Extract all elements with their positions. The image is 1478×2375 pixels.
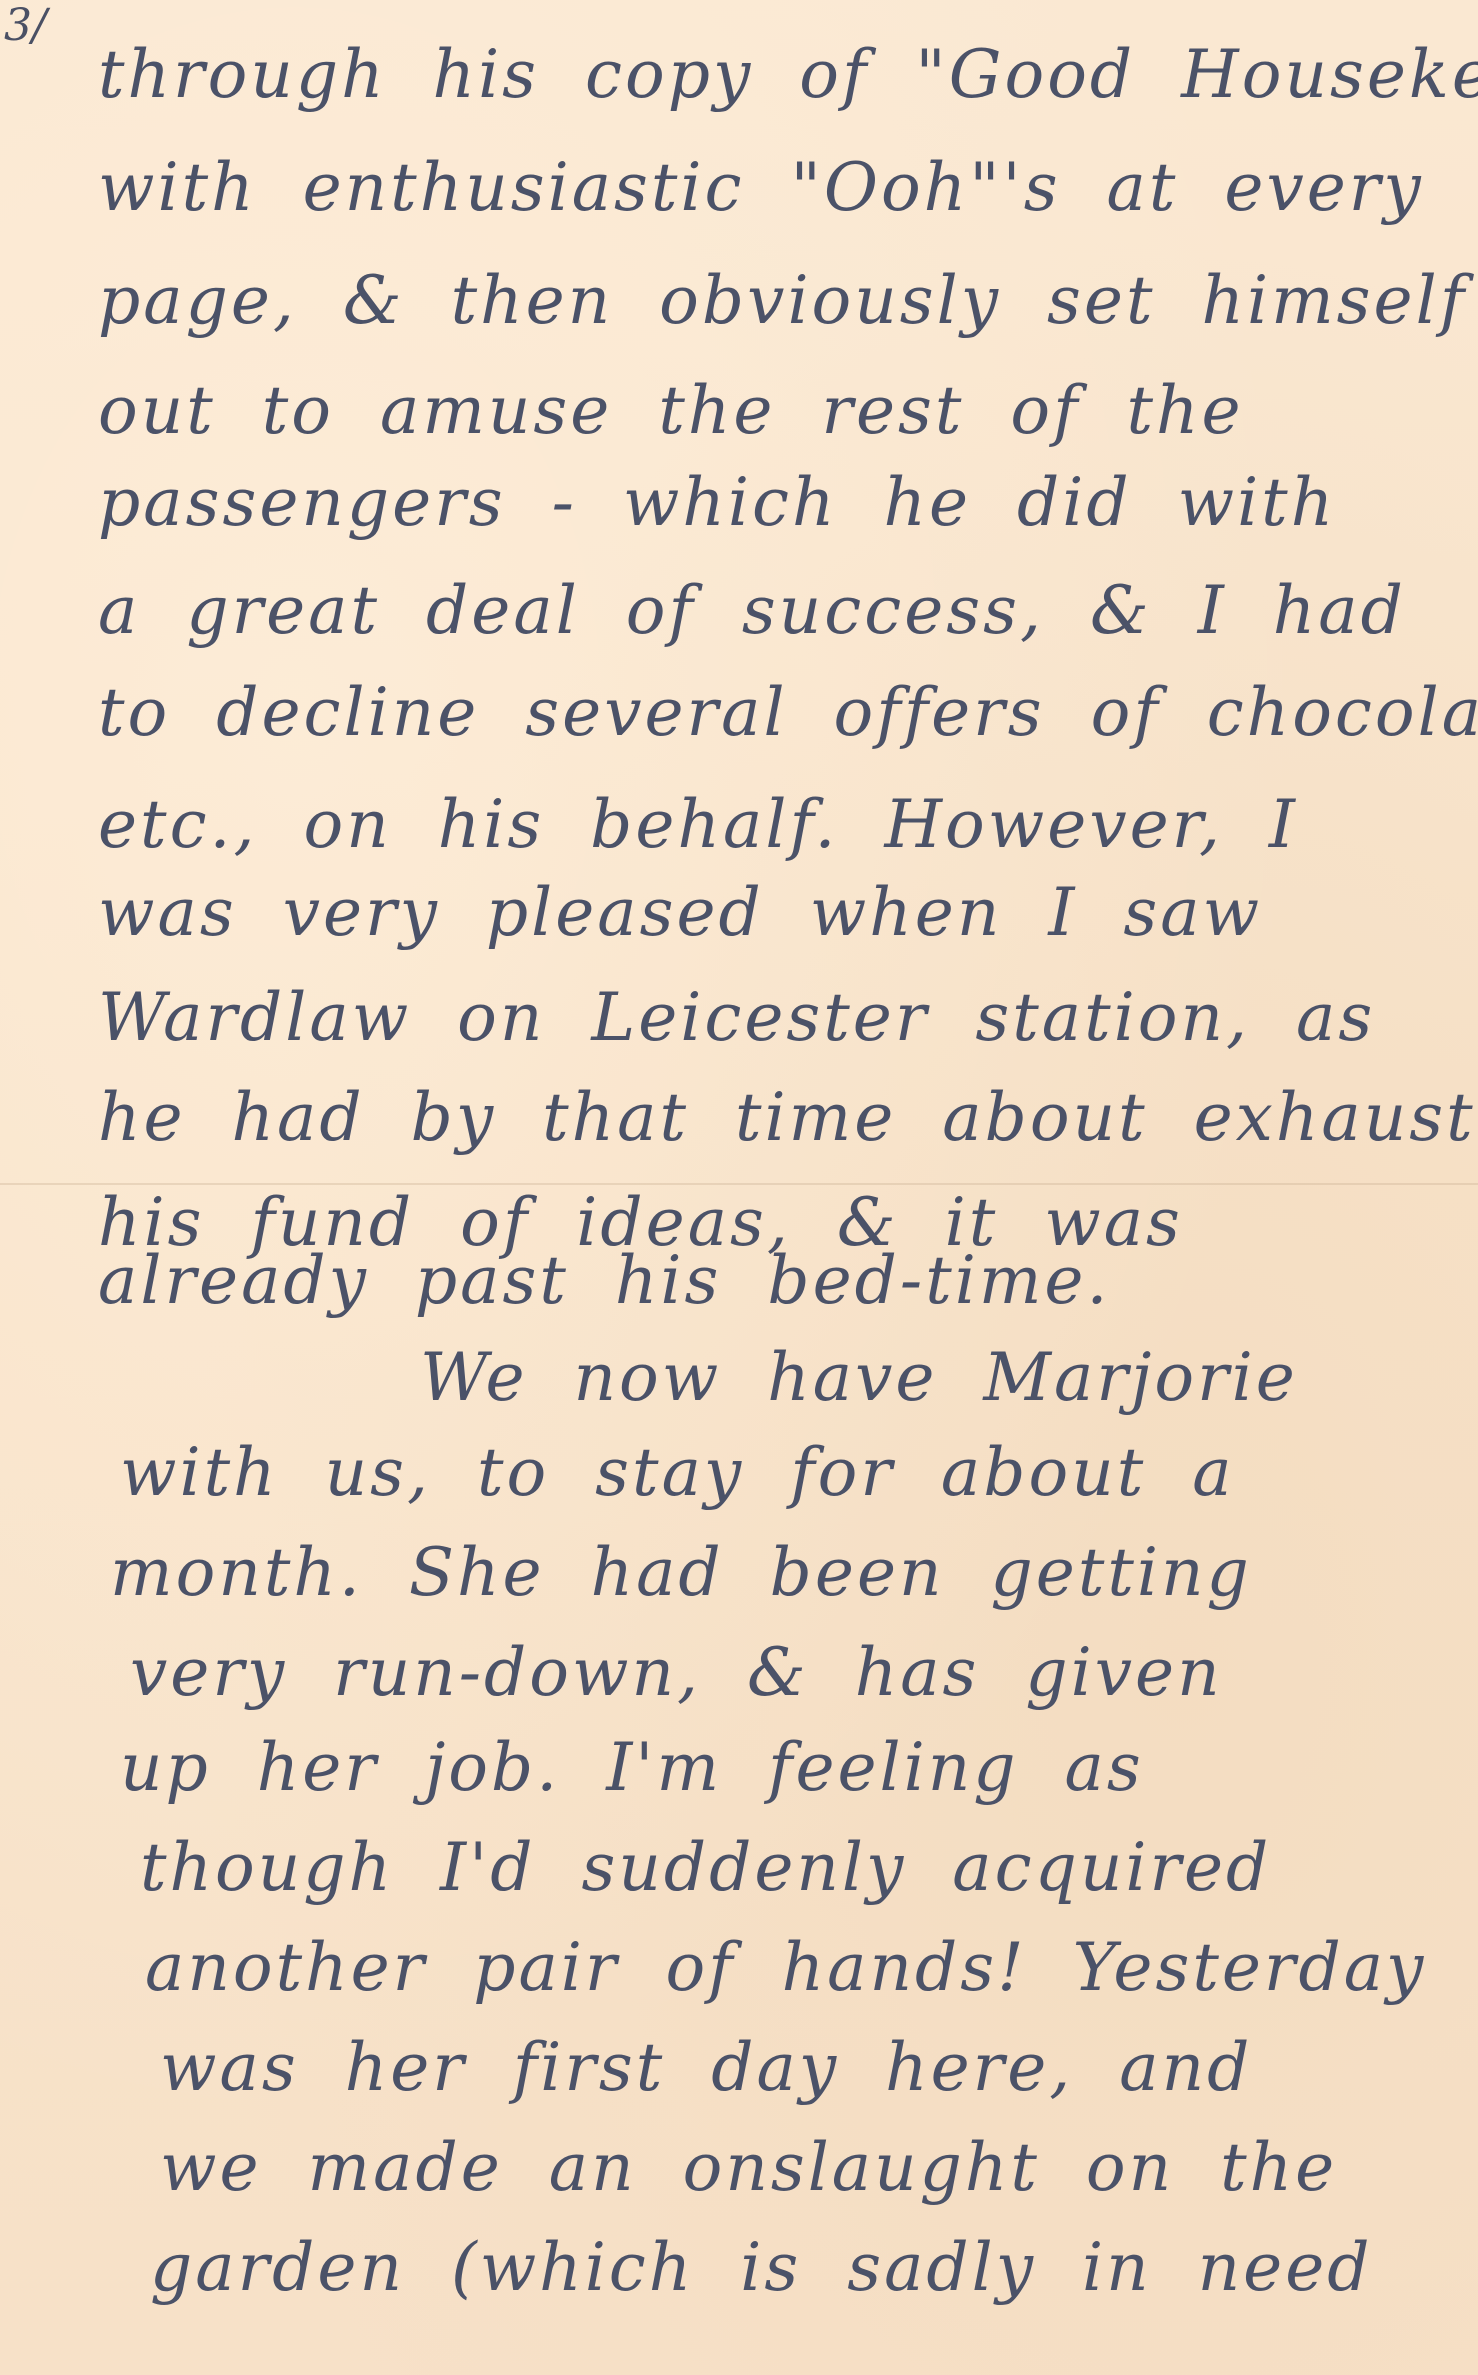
handwritten-line: We now have Marjorie bbox=[420, 1345, 1478, 1411]
handwritten-line: garden (which is sadly in need bbox=[150, 2235, 1478, 2301]
handwritten-line: through his copy of "Good Housekeeping", bbox=[98, 42, 1478, 108]
page-number: 3/ bbox=[4, 0, 47, 51]
handwritten-line: already past his bed-time. bbox=[98, 1248, 1478, 1314]
handwritten-line: Wardlaw on Leicester station, as bbox=[98, 985, 1478, 1051]
handwritten-line: to decline several offers of chocolate, bbox=[98, 680, 1478, 746]
handwritten-line: up her job. I'm feeling as bbox=[120, 1735, 1478, 1801]
handwritten-line: he had by that time about exhausted bbox=[98, 1085, 1478, 1151]
handwritten-line: etc., on his behalf. However, I bbox=[98, 792, 1478, 858]
handwritten-line: very run-down, & has given bbox=[130, 1640, 1478, 1706]
handwritten-line: with us, to stay for about a bbox=[120, 1440, 1478, 1506]
letter-page: 3/ through his copy of "Good Housekeepin… bbox=[0, 0, 1478, 2375]
handwritten-line: a great deal of success, & I had bbox=[98, 578, 1478, 644]
handwritten-line: with enthusiastic "Ooh"'s at every bbox=[98, 155, 1478, 221]
handwritten-line: month. She had been getting bbox=[110, 1540, 1478, 1606]
handwritten-line: passengers - which he did with bbox=[98, 470, 1478, 536]
handwritten-line: another pair of hands! Yesterday bbox=[145, 1935, 1478, 2001]
handwritten-line: was her first day here, and bbox=[160, 2035, 1478, 2101]
handwritten-line: we made an onslaught on the bbox=[160, 2135, 1478, 2201]
handwritten-line: though I'd suddenly acquired bbox=[140, 1835, 1478, 1901]
handwritten-line: out to amuse the rest of the bbox=[98, 378, 1478, 444]
handwritten-line: page, & then obviously set himself bbox=[98, 268, 1478, 334]
handwritten-line: was very pleased when I saw bbox=[98, 880, 1478, 946]
